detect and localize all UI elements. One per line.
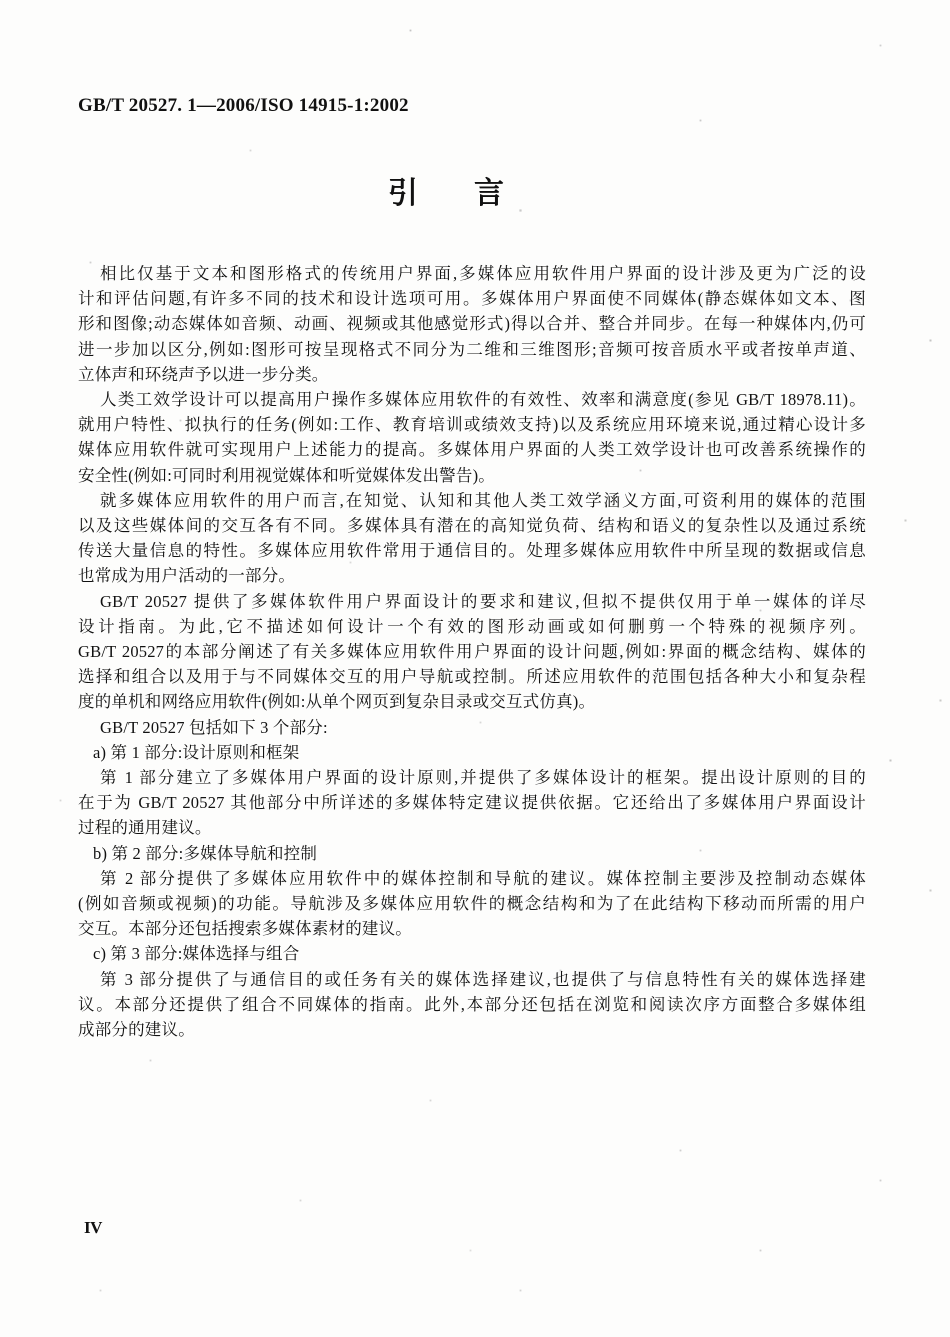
paragraph: 相比仅基于文本和图形格式的传统用户界面,多媒体应用软件用户界面的设计涉及更为广泛…: [78, 261, 866, 387]
text-line: 成部分的建议。: [78, 1017, 866, 1042]
text-line: 人类工效学设计可以提高用户操作多媒体应用软件的有效性、效率和满意度(参见 GB/…: [78, 387, 866, 412]
paragraph: 第 1 部分建立了多媒体用户界面的设计原则,并提供了多媒体设计的框架。提出设计原…: [78, 765, 866, 841]
text-line: GB/T 20527的本部分阐述了有关多媒体应用软件用户界面的设计问题,例如:界…: [78, 639, 866, 664]
text-line: 立体声和环绕声予以进一步分类。: [78, 362, 866, 387]
paragraph: GB/T 20527 包括如下 3 个部分:: [78, 715, 866, 740]
text-line: 过程的通用建议。: [78, 815, 866, 840]
list-item: b) 第 2 部分:多媒体导航和控制: [78, 841, 866, 866]
paragraph: 第 3 部分提供了与通信目的或任务有关的媒体选择建议,也提供了与信息特性有关的媒…: [78, 967, 866, 1043]
text-line: 进一步加以区分,例如:图形可按呈现格式不同分为二维和三维图形;音频可按音质水平或…: [78, 337, 866, 362]
text-line: 也常成为用户活动的一部分。: [78, 563, 866, 588]
paragraph: GB/T 20527 提供了多媒体软件用户界面设计的要求和建议,但拟不提供仅用于…: [78, 589, 866, 715]
text-line: 设计指南。为此,它不描述如何设计一个有效的图形动画或如何删剪一个特殊的视频序列。: [78, 614, 866, 639]
text-line: GB/T 20527 提供了多媒体软件用户界面设计的要求和建议,但拟不提供仅用于…: [78, 589, 866, 614]
text-line: a) 第 1 部分:设计原则和框架: [78, 740, 866, 765]
text-line: 选择和组合以及用于与不同媒体交互的用户导航或控制。所述应用软件的范围包括各种大小…: [78, 664, 866, 689]
title-char: 言: [474, 177, 504, 210]
text-line: 就多媒体应用软件的用户而言,在知觉、认知和其他人类工效学涵义方面,可资利用的媒体…: [78, 488, 866, 513]
page-title: 引 言: [388, 177, 504, 210]
text-line: 安全性(例如:可同时利用视觉媒体和听觉媒体发出警告)。: [78, 463, 866, 488]
paragraph: 就多媒体应用软件的用户而言,在知觉、认知和其他人类工效学涵义方面,可资利用的媒体…: [78, 488, 866, 589]
body-text: 相比仅基于文本和图形格式的传统用户界面,多媒体应用软件用户界面的设计涉及更为广泛…: [78, 261, 866, 1042]
paragraph: 人类工效学设计可以提高用户操作多媒体应用软件的有效性、效率和满意度(参见 GB/…: [78, 387, 866, 488]
text-line: 第 2 部分提供了多媒体应用软件中的媒体控制和导航的建议。媒体控制主要涉及控制动…: [78, 866, 866, 891]
document-page: GB/T 20527. 1—2006/ISO 14915-1:2002 引 言 …: [0, 0, 950, 1337]
scan-noise: [0, 0, 1, 1]
text-line: 以及这些媒体间的交互各有不同。多媒体具有潜在的高知觉负荷、结构和语义的复杂性以及…: [78, 513, 866, 538]
text-line: (例如音频或视频)的功能。导航涉及多媒体应用软件的概念结构和为了在此结构下移动而…: [78, 891, 866, 916]
text-line: 在于为 GB/T 20527 其他部分中所详述的多媒体特定建议提供依据。它还给出…: [78, 790, 866, 815]
text-line: 相比仅基于文本和图形格式的传统用户界面,多媒体应用软件用户界面的设计涉及更为广泛…: [78, 261, 866, 286]
paragraph: 第 2 部分提供了多媒体应用软件中的媒体控制和导航的建议。媒体控制主要涉及控制动…: [78, 866, 866, 942]
text-line: 就用户特性、拟执行的任务(例如:工作、教育培训或绩效支持)以及系统应用环境来说,…: [78, 412, 866, 437]
title-char: 引: [388, 177, 418, 210]
text-line: 第 3 部分提供了与通信目的或任务有关的媒体选择建议,也提供了与信息特性有关的媒…: [78, 967, 866, 992]
text-line: 形和图像;动态媒体如音频、动画、视频或其他感觉形式)得以合并、整合并同步。在每一…: [78, 311, 866, 336]
standard-code: GB/T 20527. 1—2006/ISO 14915-1:2002: [78, 95, 409, 117]
text-line: b) 第 2 部分:多媒体导航和控制: [78, 841, 866, 866]
page-number: IV: [84, 1218, 102, 1238]
text-line: 议。本部分还提供了组合不同媒体的指南。此外,本部分还包括在浏览和阅读次序方面整合…: [78, 992, 866, 1017]
text-line: GB/T 20527 包括如下 3 个部分:: [78, 715, 866, 740]
text-line: 交互。本部分还包括搜索多媒体素材的建议。: [78, 916, 866, 941]
list-item: c) 第 3 部分:媒体选择与组合: [78, 941, 866, 966]
text-line: 计和评估问题,有许多不同的技术和设计选项可用。多媒体用户界面使不同媒体(静态媒体…: [78, 286, 866, 311]
list-item: a) 第 1 部分:设计原则和框架: [78, 740, 866, 765]
text-line: 媒体应用软件就可实现用户上述能力的提高。多媒体用户界面的人类工效学设计也可改善系…: [78, 437, 866, 462]
text-line: 度的单机和网络应用软件(例如:从单个网页到复杂目录或交互式仿真)。: [78, 689, 866, 714]
text-line: 第 1 部分建立了多媒体用户界面的设计原则,并提供了多媒体设计的框架。提出设计原…: [78, 765, 866, 790]
text-line: c) 第 3 部分:媒体选择与组合: [78, 941, 866, 966]
text-line: 传送大量信息的特性。多媒体应用软件常用于通信目的。处理多媒体应用软件中所呈现的数…: [78, 538, 866, 563]
